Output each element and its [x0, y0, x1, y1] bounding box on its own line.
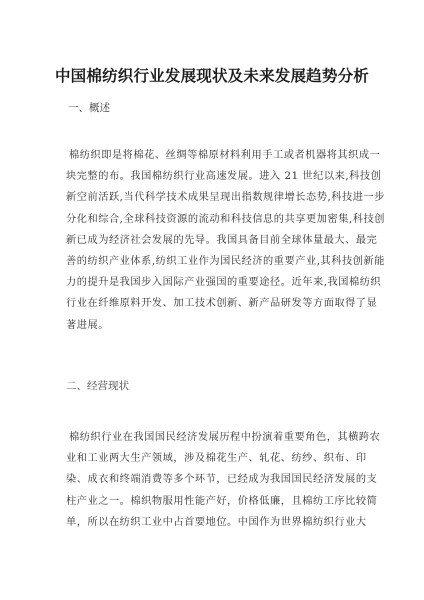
text-line: 行业在纤维原料开发、加工技术创新、新产品研发等方面取得了显 [66, 293, 376, 314]
text-line: 棉纺织行业在我国国民经济发展历程中扮演着重要角色，其横跨农 [66, 427, 376, 448]
text-line: 著进展。 [66, 315, 376, 336]
text-line: 染、成衣和终端消费等多个环节，已经成为我国国民经济发展的支 [66, 469, 376, 490]
text-line: 新空前活跃,当代科学技术成果呈现出指数规律增长态势,科技进一步 [66, 187, 376, 208]
section-heading-overview: 一、概述 [68, 100, 110, 115]
text-line: 单，所以在纺织工业中占首要地位。中国作为世界棉纺织行业大 [66, 512, 376, 533]
text-line: 棉纺织即是将棉花、丝绸等棉原材料利用手工或者机器将其织成一 [66, 145, 376, 166]
paragraph-operations: 棉纺织行业在我国国民经济发展历程中扮演着重要角色，其横跨农 业和工业两大生产领域… [66, 427, 376, 533]
document-title: 中国棉纺织行业发展现状及未来发展趋势分析 [0, 64, 424, 86]
text-line: 块完整的布。我国棉纺织行业高速发展。进入 21 世纪以来,科技创 [66, 166, 376, 187]
text-line: 善的纺织产业体系,纺织工业作为国民经济的重要产业,其科技创新能 [66, 251, 376, 272]
text-line: 力的提升是我国步入国际产业强国的重要途径。近年来,我国棉纺织 [66, 272, 376, 293]
text-line: 柱产业之一。棉织物服用性能产好，价格低廉，且棉纺工序比较简 [66, 491, 376, 512]
section-heading-operations: 二、经营现状 [66, 378, 129, 393]
paragraph-overview: 棉纺织即是将棉花、丝绸等棉原材料利用手工或者机器将其织成一 块完整的布。我国棉纺… [66, 145, 376, 336]
text-line: 分化和综合,全球科技资源的流动和科技信息的共享更加密集,科技创 [66, 209, 376, 230]
text-line: 业和工业两大生产领域，涉及棉花生产、轧花、纺纱、织布、印 [66, 448, 376, 469]
text-line: 新已成为经济社会发展的先导。我国具备目前全球体量最大、最完 [66, 230, 376, 251]
document-page: 中国棉纺织行业发展现状及未来发展趋势分析 一、概述 棉纺织即是将棉花、丝绸等棉原… [0, 0, 424, 600]
